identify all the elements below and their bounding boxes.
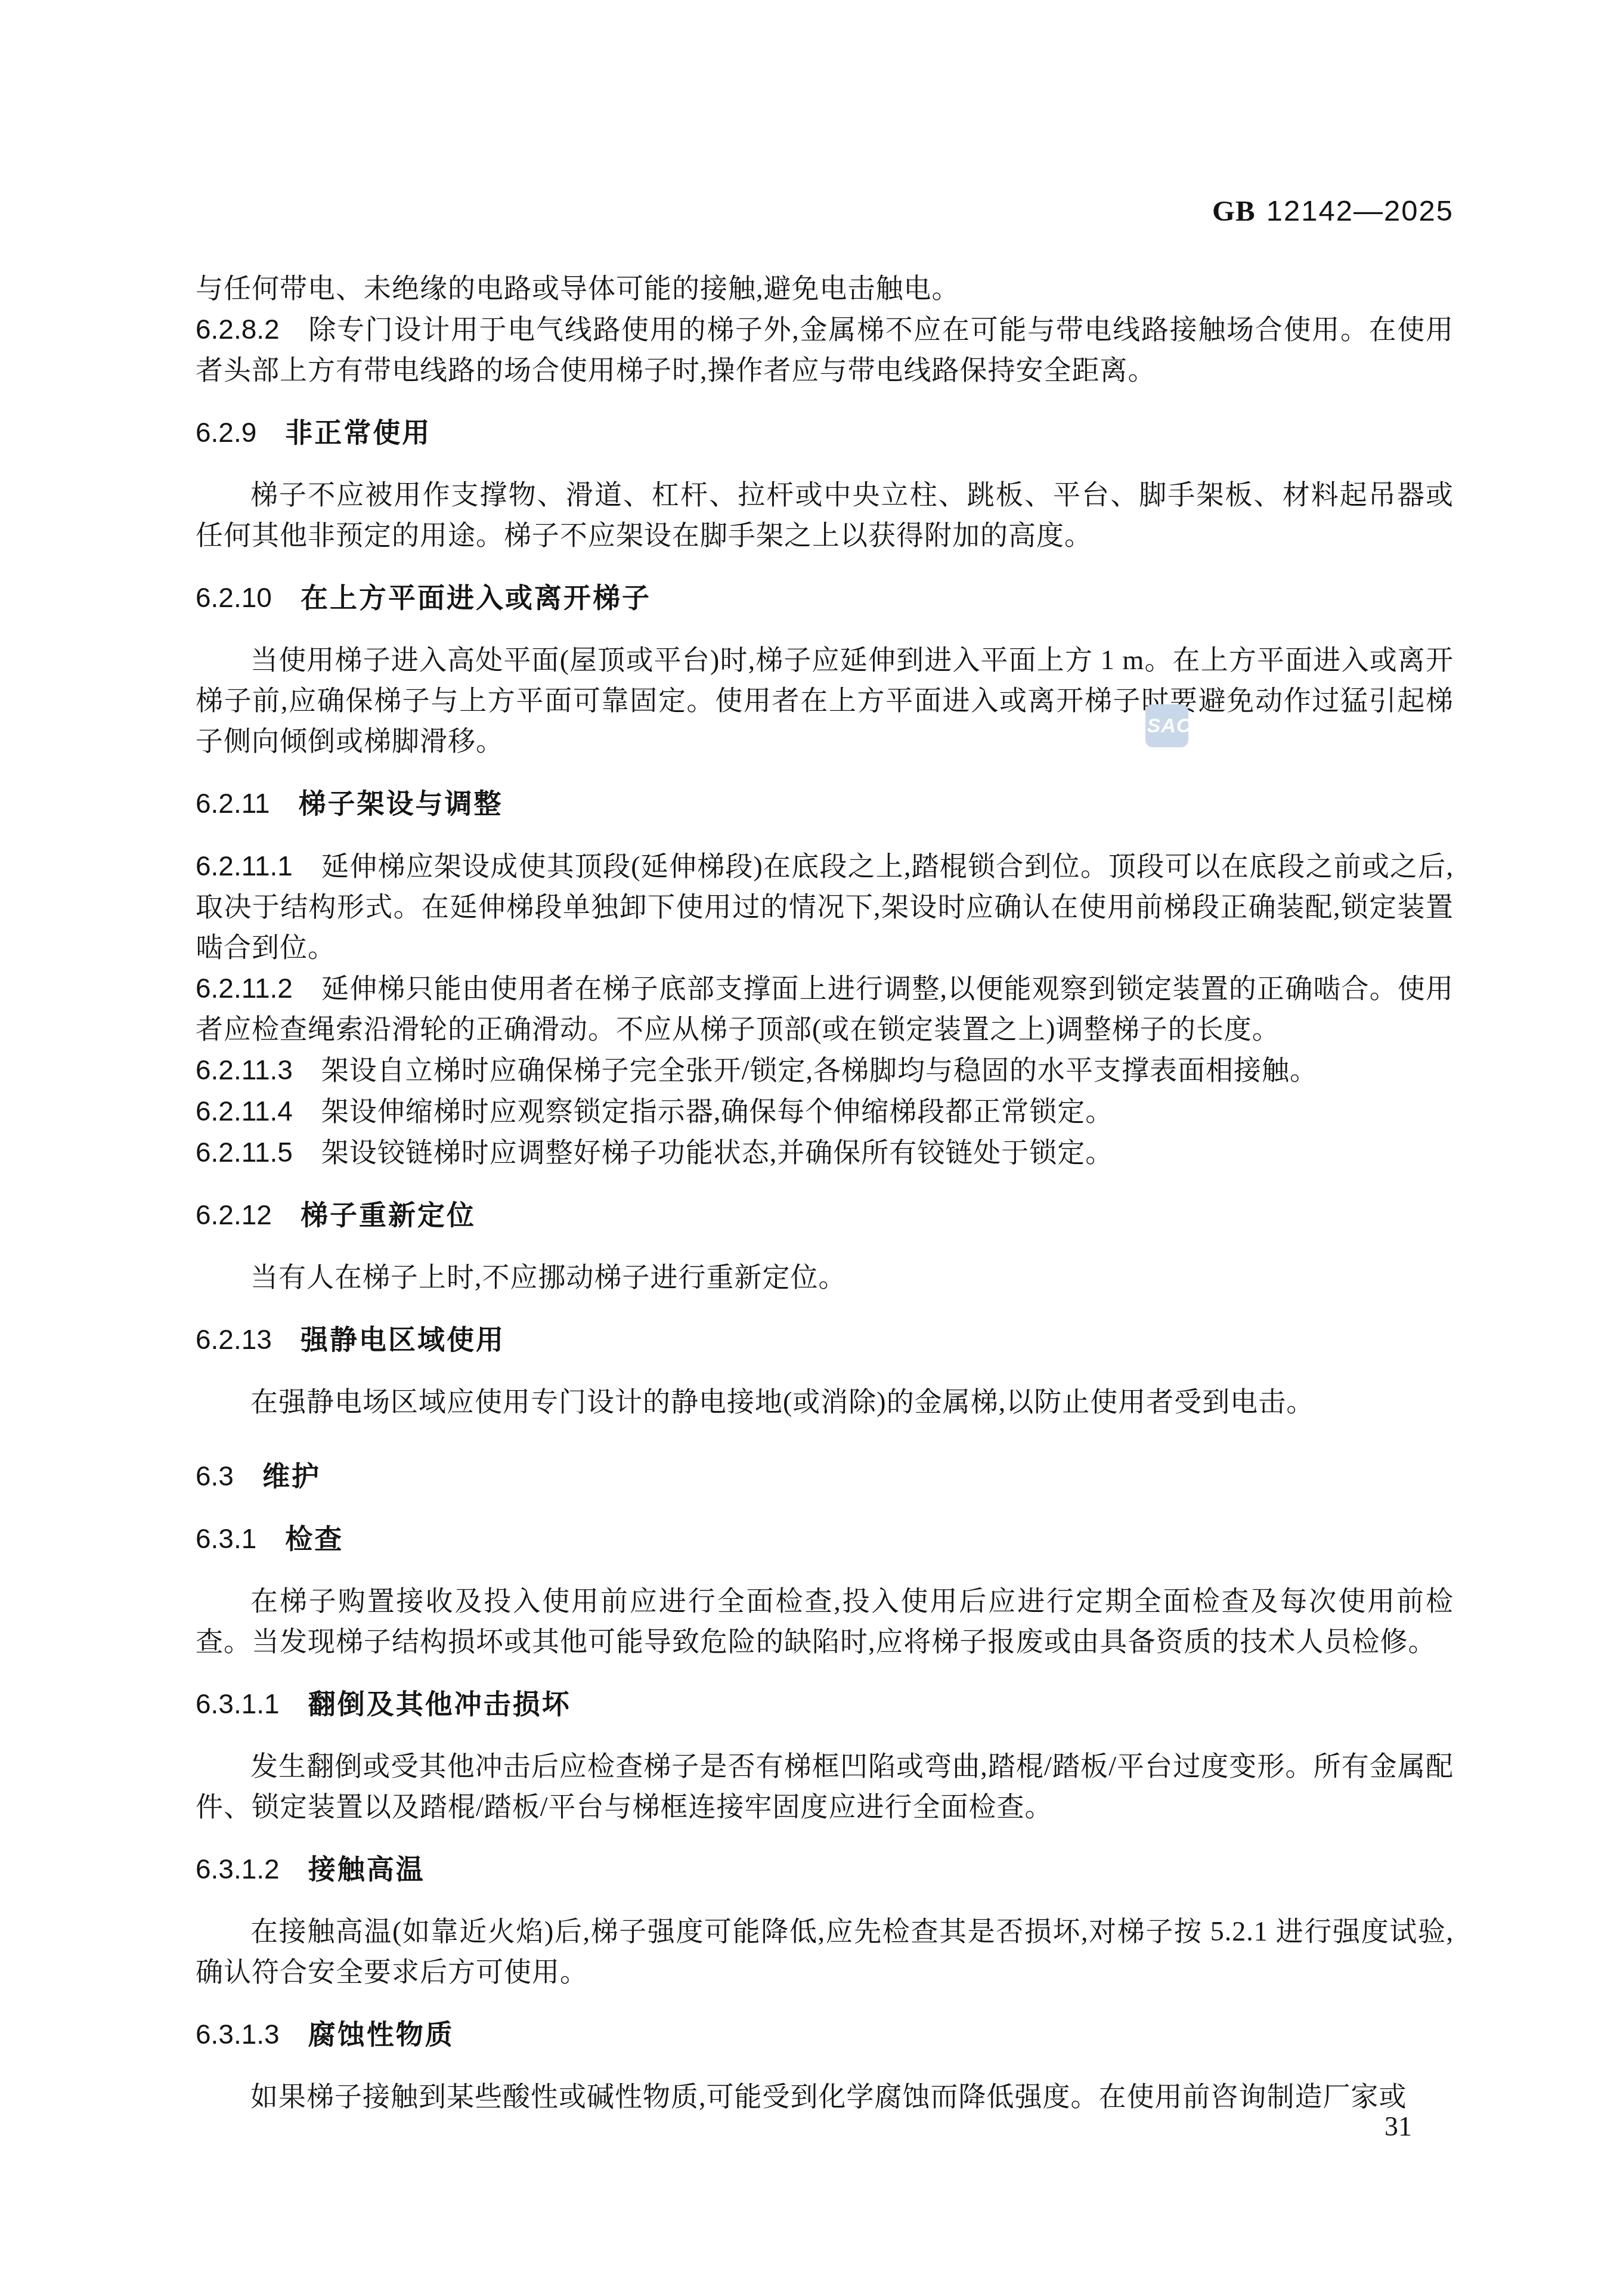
section-number: 6.2.12 bbox=[196, 1199, 272, 1230]
section-number: 6.3.1.1 bbox=[196, 1688, 280, 1719]
continuation-paragraph: 与任何带电、未绝缘的电路或导体可能的接触,避免电击触电。 bbox=[196, 268, 1454, 309]
clause-text: 延伸梯只能由使用者在梯子底部支撑面上进行调整,以便能观察到锁定装置的正确啮合。使… bbox=[196, 973, 1454, 1044]
standard-prefix: GB bbox=[1212, 194, 1256, 227]
clause-text: 架设伸缩梯时应观察锁定指示器,确保每个伸缩梯段都正常锁定。 bbox=[321, 1096, 1114, 1127]
clause-number: 6.2.11.1 bbox=[196, 850, 293, 881]
section-title: 翻倒及其他冲击损坏 bbox=[308, 1688, 571, 1719]
section-number: 6.2.9 bbox=[196, 417, 256, 448]
section-number: 6.3.1 bbox=[196, 1523, 256, 1554]
body-paragraph: 当使用梯子进入高处平面(屋顶或平台)时,梯子应延伸到进入平面上方 1 m。在上方… bbox=[196, 640, 1454, 762]
section-heading: 6.3.1检查 bbox=[196, 1518, 1454, 1559]
section-title: 检查 bbox=[285, 1523, 343, 1554]
document-code-header: GB12142—2025 bbox=[1212, 196, 1454, 227]
body-paragraph: 在强静电场区域应使用专门设计的静电接地(或消除)的金属梯,以防止使用者受到电击。 bbox=[196, 1382, 1454, 1422]
section-title: 梯子重新定位 bbox=[301, 1199, 476, 1230]
section-number: 6.3.1.3 bbox=[196, 2019, 280, 2050]
section-number: 6.3.1.2 bbox=[196, 1853, 280, 1885]
clause-text: 架设铰链梯时应调整好梯子功能状态,并确保所有铰链处于锁定。 bbox=[321, 1137, 1114, 1168]
clause-paragraph: 6.2.8.2除专门设计用于电气线路使用的梯子外,金属梯不应在可能与带电线路接触… bbox=[196, 309, 1454, 391]
body-paragraph: 如果梯子接触到某些酸性或碱性物质,可能受到化学腐蚀而降低强度。在使用前咨询制造厂… bbox=[196, 2077, 1454, 2117]
body-paragraph: 在接触高温(如靠近火焰)后,梯子强度可能降低,应先检查其是否损坏,对梯子按 5.… bbox=[196, 1911, 1454, 1992]
section-number: 6.3 bbox=[196, 1460, 234, 1492]
clause-number: 6.2.11.5 bbox=[196, 1137, 293, 1168]
clause-text: 延伸梯应架设成使其顶段(延伸梯段)在底段之上,踏棍锁合到位。顶段可以在底段之前或… bbox=[196, 851, 1454, 963]
section-number: 6.2.10 bbox=[196, 582, 272, 613]
section-title: 强静电区域使用 bbox=[301, 1324, 505, 1355]
section-heading: 6.3.1.2接触高温 bbox=[196, 1849, 1454, 1890]
standard-number: 12142—2025 bbox=[1266, 195, 1454, 227]
section-heading: 6.3.1.3腐蚀性物质 bbox=[196, 2014, 1454, 2055]
clause-paragraph: 6.2.11.1延伸梯应架设成使其顶段(延伸梯段)在底段之上,踏棍锁合到位。顶段… bbox=[196, 846, 1454, 968]
body-paragraph: 当有人在梯子上时,不应挪动梯子进行重新定位。 bbox=[196, 1257, 1454, 1298]
clause-text: 架设自立梯时应确保梯子完全张开/锁定,各梯脚均与稳固的水平支撑表面相接触。 bbox=[321, 1055, 1318, 1085]
sac-watermark-text: SAC bbox=[1147, 714, 1192, 738]
page-number: 31 bbox=[1384, 2111, 1412, 2142]
standard-document-page: GB12142—2025 与任何带电、未绝缘的电路或导体可能的接触,避免电击触电… bbox=[0, 0, 1623, 2296]
section-title: 梯子架设与调整 bbox=[298, 788, 503, 819]
clause-number: 6.2.11.4 bbox=[196, 1096, 293, 1127]
clause-number: 6.2.11.2 bbox=[196, 973, 293, 1004]
section-heading: 6.2.12梯子重新定位 bbox=[196, 1195, 1454, 1236]
clause-number: 6.2.8.2 bbox=[196, 314, 280, 345]
section-title: 腐蚀性物质 bbox=[308, 2019, 454, 2050]
section-heading: 6.3.1.1翻倒及其他冲击损坏 bbox=[196, 1684, 1454, 1725]
section-number: 6.2.13 bbox=[196, 1324, 272, 1355]
document-body: 与任何带电、未绝缘的电路或导体可能的接触,避免电击触电。6.2.8.2除专门设计… bbox=[196, 268, 1454, 2117]
section-heading: 6.2.13强静电区域使用 bbox=[196, 1319, 1454, 1360]
clause-paragraph: 6.2.11.4架设伸缩梯时应观察锁定指示器,确保每个伸缩梯段都正常锁定。 bbox=[196, 1091, 1454, 1132]
section-title: 接触高温 bbox=[308, 1853, 425, 1885]
section-heading: 6.2.11梯子架设与调整 bbox=[196, 783, 1454, 824]
clause-text: 除专门设计用于电气线路使用的梯子外,金属梯不应在可能与带电线路接触场合使用。在使… bbox=[196, 314, 1454, 385]
section-title: 非正常使用 bbox=[285, 417, 431, 448]
clause-paragraph: 6.2.11.5架设铰链梯时应调整好梯子功能状态,并确保所有铰链处于锁定。 bbox=[196, 1132, 1454, 1173]
section-heading: 6.2.9非正常使用 bbox=[196, 412, 1454, 453]
section-number: 6.2.11 bbox=[196, 788, 270, 819]
sac-watermark-logo: SAC bbox=[1145, 704, 1188, 747]
clause-paragraph: 6.2.11.3架设自立梯时应确保梯子完全张开/锁定,各梯脚均与稳固的水平支撑表… bbox=[196, 1050, 1454, 1091]
section-heading: 6.3维护 bbox=[196, 1456, 1454, 1497]
section-title: 在上方平面进入或离开梯子 bbox=[301, 582, 651, 613]
body-paragraph: 在梯子购置接收及投入使用前应进行全面检查,投入使用后应进行定期全面检查及每次使用… bbox=[196, 1581, 1454, 1662]
body-paragraph: 梯子不应被用作支撑物、滑道、杠杆、拉杆或中央立柱、跳板、平台、脚手架板、材料起吊… bbox=[196, 475, 1454, 556]
section-heading: 6.2.10在上方平面进入或离开梯子 bbox=[196, 577, 1454, 618]
clause-number: 6.2.11.3 bbox=[196, 1054, 293, 1085]
body-paragraph: 发生翻倒或受其他冲击后应检查梯子是否有梯框凹陷或弯曲,踏棍/踏板/平台过度变形。… bbox=[196, 1746, 1454, 1827]
section-title: 维护 bbox=[262, 1460, 321, 1492]
clause-paragraph: 6.2.11.2延伸梯只能由使用者在梯子底部支撑面上进行调整,以便能观察到锁定装… bbox=[196, 968, 1454, 1050]
